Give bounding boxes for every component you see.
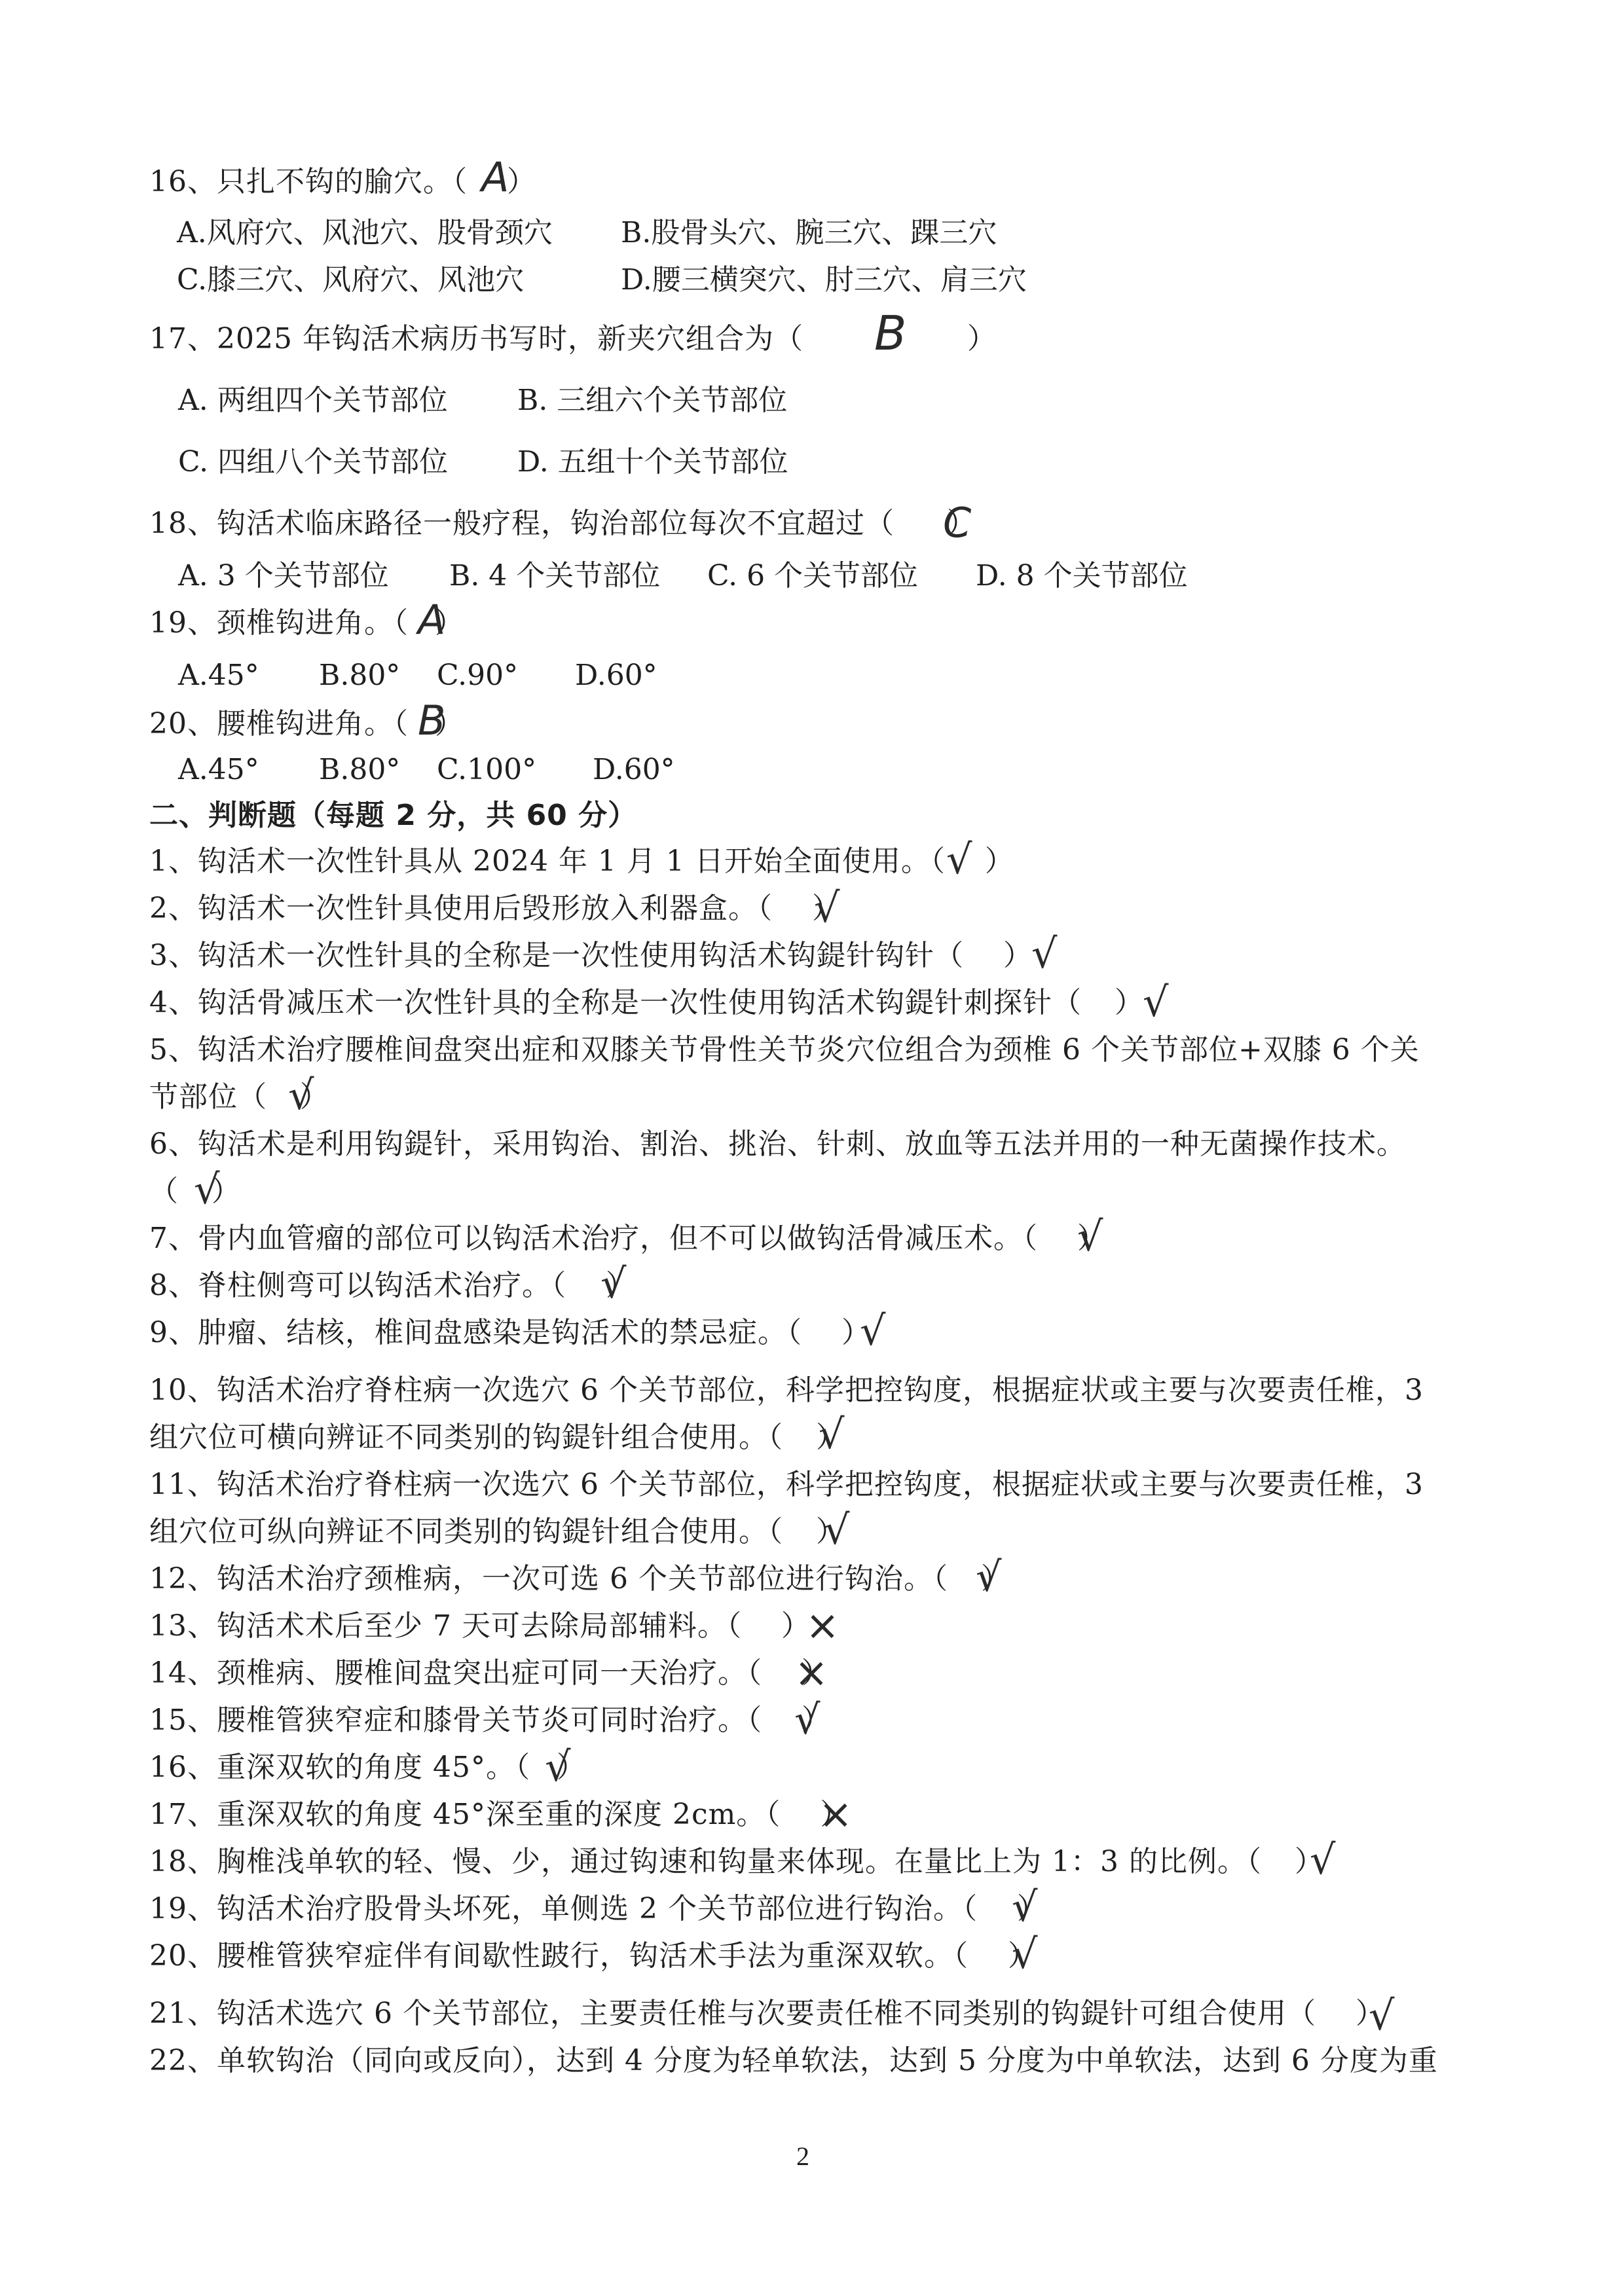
question-close: ） <box>967 322 997 355</box>
item-text: 1、钩活术一次性针具从 2024 年 1 月 1 日开始全面使用。（ <box>149 845 946 878</box>
item-text: 17、重深双软的角度 45°深至重的深度 2cm。（ <box>149 1798 781 1831</box>
checkmark-icon: √ <box>545 1747 571 1787</box>
item-text: 8、脊柱侧弯可以钩活术治疗。（ <box>149 1269 566 1302</box>
item-text: 4、钩活骨减压术一次性针具的全称是一次性使用钩活术钩鍉针刺探针（ <box>149 986 1082 1019</box>
item-close: ） <box>985 845 1014 878</box>
checkmark-icon: √ <box>946 839 972 880</box>
item-text: 9、肿瘤、结核，椎间盘感染是钩活术的禁忌症。（ <box>149 1316 802 1349</box>
item-text: 18、胸椎浅单软的轻、慢、少，通过钩速和钩量来体现。在量比上为 1：3 的比例。… <box>149 1845 1262 1878</box>
option-b: B. 4 个关节部位 <box>449 558 660 594</box>
option-c: C. 6 个关节部位 <box>707 558 918 594</box>
checkmark-icon: √ <box>1077 1216 1103 1257</box>
option-a: A. 两组四个关节部位 <box>178 382 448 419</box>
option-d: D.腰三横突穴、肘三穴、肩三穴 <box>621 262 1027 299</box>
tf-item-7: 7、骨内血管瘤的部位可以钩活术治疗，但不可以做钩活骨减压术。（） <box>149 1220 1107 1257</box>
option-d: D. 五组十个关节部位 <box>517 444 788 481</box>
tf-item-17: 17、重深双软的角度 45°深至重的深度 2cm。（） <box>149 1796 849 1833</box>
option-d: D.60° <box>575 657 657 694</box>
tf-item-3: 3、钩活术一次性针具的全称是一次性使用钩活术钩鍉针钩针（） <box>149 938 1033 974</box>
option-a: A.45° <box>178 657 259 694</box>
tf-item-20: 20、腰椎管狭窄症伴有间歇性跛行，钩活术手法为重深双软。（） <box>149 1938 1037 1975</box>
exam-page: 16、只扎不钩的腧穴。（） A A.风府穴、风池穴、股骨颈穴 B.股骨头穴、腕三… <box>0 0 1624 2296</box>
question-18: 18、钩活术临床路径一般疗程，钩治部位每次不宜超过（） <box>149 505 976 542</box>
checkmark-icon: √ <box>1031 934 1058 974</box>
item-text: 2、钩活术一次性针具使用后毁形放入利器盒。（ <box>149 892 773 925</box>
checkmark-icon: √ <box>194 1169 220 1210</box>
handwritten-answer: A <box>481 157 509 198</box>
checkmark-icon: √ <box>814 888 840 928</box>
option-d: D. 8 个关节部位 <box>976 558 1188 594</box>
tf-item-5-line-1: 5、钩活术治疗腰椎间盘突出症和双膝关节骨性关节炎穴位组合为颈椎 6 个关节部位+… <box>149 1032 1420 1068</box>
tf-item-4: 4、钩活骨减压术一次性针具的全称是一次性使用钩活术钩鍉针刺探针（） <box>149 985 1144 1021</box>
tf-item-13: 13、钩活术术后至少 7 天可去除局部辅料。（） <box>149 1608 811 1645</box>
item-text: 节部位（ <box>149 1080 267 1114</box>
question-stem: 19、颈椎钩进角。（ <box>149 606 409 640</box>
item-text: 13、钩活术术后至少 7 天可去除局部辅料。（ <box>149 1609 742 1643</box>
tf-item-22: 22、单软钩治（同向或反向），达到 4 分度为轻单软法，达到 5 分度为中单软法… <box>149 2043 1438 2079</box>
option-b: B. 三组六个关节部位 <box>517 382 787 419</box>
tf-item-10-line-2: 组穴位可横向辨证不同类别的钩鍉针组合使用。（） <box>149 1419 845 1456</box>
page-number: 2 <box>796 2141 809 2172</box>
checkmark-icon: √ <box>288 1075 314 1116</box>
checkmark-icon: √ <box>1369 1995 1395 2036</box>
item-text: 16、重深双软的角度 45°。（ <box>149 1751 530 1784</box>
question-stem: 20、腰椎钩进角。（ <box>149 707 409 740</box>
tf-item-6-line-1: 6、钩活术是利用钩鍉针，采用钩治、割治、挑治、针刺、放血等五法并用的一种无菌操作… <box>149 1126 1406 1163</box>
tf-item-19: 19、钩活术治疗股骨头坏死，单侧选 2 个关节部位进行钩治。（） <box>149 1891 1046 1927</box>
item-text: 19、钩活术治疗股骨头坏死，单侧选 2 个关节部位进行钩治。（ <box>149 1892 978 1925</box>
tf-item-2: 2、钩活术一次性针具使用后毁形放入利器盒。（） <box>149 890 841 927</box>
item-close: ） <box>1115 986 1144 1019</box>
item-text: （ <box>149 1175 179 1208</box>
item-text: 20、腰椎管狭窄症伴有间歇性跛行，钩活术手法为重深双软。（ <box>149 1939 969 1973</box>
tf-item-12: 12、钩活术治疗颈椎病，一次可选 6 个关节部位进行钩治。（） <box>149 1561 1010 1597</box>
option-c: C. 四组八个关节部位 <box>178 444 448 481</box>
tf-item-11-line-2: 组穴位可纵向辨证不同类别的钩鍉针组合使用。（） <box>149 1514 845 1550</box>
section-title-true-false: 二、判断题（每题 2 分，共 60 分） <box>149 797 637 834</box>
tf-item-18: 18、胸椎浅单软的轻、慢、少，通过钩速和钩量来体现。在量比上为 1：3 的比例。… <box>149 1844 1324 1880</box>
item-text: 组穴位可纵向辨证不同类别的钩鍉针组合使用。（ <box>149 1515 783 1548</box>
checkmark-icon: √ <box>600 1264 627 1304</box>
checkmark-icon: √ <box>794 1700 821 1740</box>
item-text: 22、单软钩治（同向或反向），达到 4 分度为轻单软法，达到 5 分度为中单软法… <box>149 2044 1438 2077</box>
question-stem: 16、只扎不钩的腧穴。（ <box>149 165 468 198</box>
question-20: 20、腰椎钩进角。（） <box>149 706 464 742</box>
tf-item-9: 9、肿瘤、结核，椎间盘感染是钩活术的禁忌症。（） <box>149 1315 871 1351</box>
item-text: 组穴位可横向辨证不同类别的钩鍉针组合使用。（ <box>149 1421 783 1454</box>
handwritten-answer: A <box>418 600 445 640</box>
checkmark-icon: √ <box>819 1414 845 1455</box>
option-b: B.80° <box>319 657 400 694</box>
checkmark-icon: √ <box>976 1557 1002 1597</box>
tf-item-10-line-1: 10、钩活术治疗脊柱病一次选穴 6 个关节部位，科学把控钩度，根据症状或主要与次… <box>149 1372 1424 1409</box>
checkmark-icon: √ <box>824 1510 850 1550</box>
tf-item-14: 14、颈椎病、腰椎间盘突出症可同一天治疗。（） <box>149 1655 831 1692</box>
item-text: 14、颈椎病、腰椎间盘突出症可同一天治疗。（ <box>149 1656 762 1690</box>
checkmark-icon: √ <box>1143 982 1169 1023</box>
option-b: B.80° <box>319 752 400 788</box>
cross-icon: × <box>819 1794 853 1834</box>
option-d: D.60° <box>593 752 675 788</box>
question-close: ） <box>507 165 536 198</box>
handwritten-answer: B <box>874 313 906 354</box>
checkmark-icon: √ <box>1012 1887 1038 1927</box>
tf-item-1: 1、钩活术一次性针具从 2024 年 1 月 1 日开始全面使用。（） <box>149 843 1014 880</box>
option-c: C.100° <box>437 752 536 788</box>
tf-item-16: 16、重深双软的角度 45°。（） <box>149 1749 586 1786</box>
option-a: A.风府穴、风池穴、股骨颈穴 <box>177 215 553 251</box>
checkmark-icon: √ <box>1310 1840 1336 1880</box>
item-text: 7、骨内血管瘤的部位可以钩活术治疗，但不可以做钩活骨减压术。（ <box>149 1222 1038 1255</box>
checkmark-icon: √ <box>1012 1934 1038 1975</box>
option-a: A. 3 个关节部位 <box>178 558 389 594</box>
tf-item-21: 21、钩活术选穴 6 个关节部位，主要责任椎与次要责任椎不同类别的钩鍉针可组合使… <box>149 1995 1385 2032</box>
tf-item-15: 15、腰椎管狭窄症和膝骨关节炎可同时治疗。（） <box>149 1702 831 1739</box>
item-text: 3、钩活术一次性针具的全称是一次性使用钩活术钩鍉针钩针（ <box>149 939 964 972</box>
option-c: C.90° <box>437 657 518 694</box>
tf-item-8: 8、脊柱侧弯可以钩活术治疗。（） <box>149 1267 635 1304</box>
cross-icon: × <box>805 1605 840 1646</box>
question-stem: 18、钩活术临床路径一般疗程，钩治部位每次不宜超过（ <box>149 507 895 540</box>
question-stem: 17、2025 年钩活术病历书写时，新夹穴组合为（ <box>149 322 803 355</box>
handwritten-answer: B <box>418 701 446 741</box>
option-b: B.股骨头穴、腕三穴、踝三穴 <box>621 215 997 251</box>
item-text: 21、钩活术选穴 6 个关节部位，主要责任椎与次要责任椎不同类别的钩鍉针可组合使… <box>149 1997 1316 2030</box>
item-close: ） <box>1003 939 1033 972</box>
question-19: 19、颈椎钩进角。（） <box>149 605 464 642</box>
question-17: 17、2025 年钩活术病历书写时，新夹穴组合为（） <box>149 321 997 357</box>
checkmark-icon: √ <box>860 1311 886 1351</box>
cross-icon: × <box>794 1652 828 1693</box>
tf-item-11-line-1: 11、钩活术治疗脊柱病一次选穴 6 个关节部位，科学把控钩度，根据症状或主要与次… <box>149 1467 1424 1503</box>
option-a: A.45° <box>178 752 259 788</box>
handwritten-answer: C <box>943 503 971 543</box>
item-text: 12、钩活术治疗颈椎病，一次可选 6 个关节部位进行钩治。（ <box>149 1562 948 1595</box>
item-text: 15、腰椎管狭窄症和膝骨关节炎可同时治疗。（ <box>149 1704 762 1737</box>
option-c: C.膝三穴、风府穴、风池穴 <box>177 262 524 299</box>
question-16: 16、只扎不钩的腧穴。（） <box>149 164 536 200</box>
